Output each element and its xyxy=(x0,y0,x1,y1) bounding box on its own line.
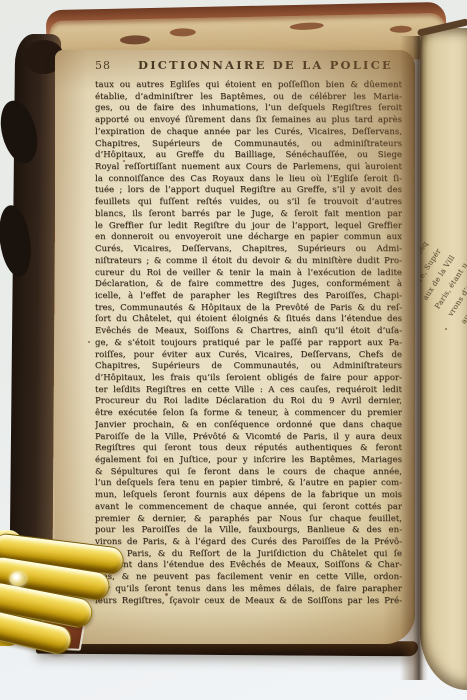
foxing-speck xyxy=(165,593,168,596)
edge-stain-blot xyxy=(120,35,150,45)
foxing-speck xyxy=(365,162,367,164)
foxing-speck xyxy=(210,520,212,522)
text-line: Janvier prochain, & en conſéquence ordon… xyxy=(95,420,402,432)
text-line: premier & dernier, & paraphés par Nous ſ… xyxy=(95,514,402,526)
text-line: l’un deſquels ſera tenu en papier timbré… xyxy=(95,478,402,490)
text-line: ge, & s’étoit toujours pratiqué par le p… xyxy=(95,338,402,350)
text-line: Procureur du Roi ladite Déclaration du R… xyxy=(95,396,402,408)
text-line: Royal reſſortiſſant nuement aux Cours de… xyxy=(95,162,402,174)
text-line: ner qu’ils ſeront tenus dans les mêmes d… xyxy=(95,584,402,596)
photo-background: 58 DICTIONNAIRE DE LA POLICE taux ou aut… xyxy=(0,0,467,700)
running-title: DICTIONNAIRE DE LA POLICE xyxy=(129,58,402,72)
text-line: être exécutée ſelon ſa forme & teneur, à… xyxy=(95,408,402,420)
text-line: d’Hôpitaux, les frais qu’ils ſeroient ob… xyxy=(95,373,402,385)
text-line: Chapitres, Supérieurs de Communautés, ou… xyxy=(95,361,402,373)
page-header: 58 DICTIONNAIRE DE LA POLICE xyxy=(95,58,402,72)
text-line: icelle, à l’effet de parapher les Regiſt… xyxy=(95,291,402,303)
text-line: & Sépultures qui ſe feront dans le cours… xyxy=(95,467,402,479)
text-line: cureur du Roi de veiller & tenir la main… xyxy=(95,268,402,280)
text-line: l’expiration de chaque année par les Cur… xyxy=(95,127,402,139)
ring-sparkle xyxy=(10,572,26,586)
gutter-shadow xyxy=(400,36,428,680)
foxing-speck xyxy=(88,341,90,343)
text-line: Paroiſſe de la Ville, Prévôté & Vicomté … xyxy=(95,432,402,444)
foxing-speck xyxy=(445,328,447,330)
text-line: Regiſtres qui ſeront tous deux réputés a… xyxy=(95,443,402,455)
text-line: la connoiſſance des Cas Royaux dans le l… xyxy=(95,174,402,186)
text-line: Curés, Vicaires, Deſſervans, Chapitres, … xyxy=(95,244,402,256)
text-line: tres, & ne peuvent pas facilement venir … xyxy=(95,572,402,584)
text-line: tres, Communautés & Hôpitaux de la Prevô… xyxy=(95,303,402,315)
text-line: également foi en Juſtice, pour y inſcrir… xyxy=(95,455,402,467)
text-line: en donneroit ou envoyeroit une décharge … xyxy=(95,232,402,244)
text-line: Déclaration, & de faire commettre des Ju… xyxy=(95,279,402,291)
text-line: blancs, ils ſeront barrés par le Juge, &… xyxy=(95,209,402,221)
text-line: Chapitres, Supérieurs de Communautés, ou… xyxy=(95,139,402,151)
text-line: ſort du Châtelet, qui étoient éloignés &… xyxy=(95,314,402,326)
text-line: ges, ou de faire des inhumations, l’un d… xyxy=(95,103,402,115)
text-line: té de Paris, & du Reſſort de la Juriſdic… xyxy=(95,549,402,561)
text-line: trouvent dans l’étendue des Evêchés de M… xyxy=(95,560,402,572)
text-line: virons de Paris, & à l’égard des Curés d… xyxy=(95,537,402,549)
text-line: le Greffier ſur ledit Regiſtre du jour d… xyxy=(95,221,402,233)
edge-stain-blot xyxy=(170,28,196,37)
text-line: mun, leſquels ſeront fournis aux dépens … xyxy=(95,490,402,502)
page-text: taux ou autres Egliſes qui étoient en po… xyxy=(95,80,402,607)
text-line: ter leſdits Regiſtres en cette Ville : A… xyxy=(95,385,402,397)
text-line: feuillets qui fuſſent reſtés vuides, ou … xyxy=(95,197,402,209)
text-line: avant le commencement de chaque année, q… xyxy=(95,502,402,514)
gold-hand-ornament xyxy=(0,538,130,678)
text-line: niſtrateurs ; & comme il étoit du devoir… xyxy=(95,256,402,268)
foxing-speck xyxy=(123,160,125,162)
edge-stain-blot xyxy=(390,26,412,33)
text-line: roiſſes, pour éviter aux Curés, Vicaires… xyxy=(95,350,402,362)
text-line: établie, d’adminiſtrer les Baptêmes, ou … xyxy=(95,92,402,104)
text-line: taux ou autres Egliſes qui étoient en po… xyxy=(95,80,402,92)
text-line: d’Hôpitaux, au Greffe du Bailliage, Séné… xyxy=(95,150,402,162)
text-line: pour les Paroiſſes de la Ville, fauxbour… xyxy=(95,525,402,537)
text-line: tuée ; lors de l’apport duquel Regiſtre … xyxy=(95,185,402,197)
page-number: 58 xyxy=(95,59,111,72)
text-line: apporté ou envoyé ſûrement dans ſix ſema… xyxy=(95,115,402,127)
text-line: leurs Regiſtres, ſçavoir ceux de Meaux &… xyxy=(95,596,402,608)
edge-stain-blot xyxy=(290,22,324,31)
text-line: Evêchés de Meaux, Soiſſons & Chartres, a… xyxy=(95,326,402,338)
